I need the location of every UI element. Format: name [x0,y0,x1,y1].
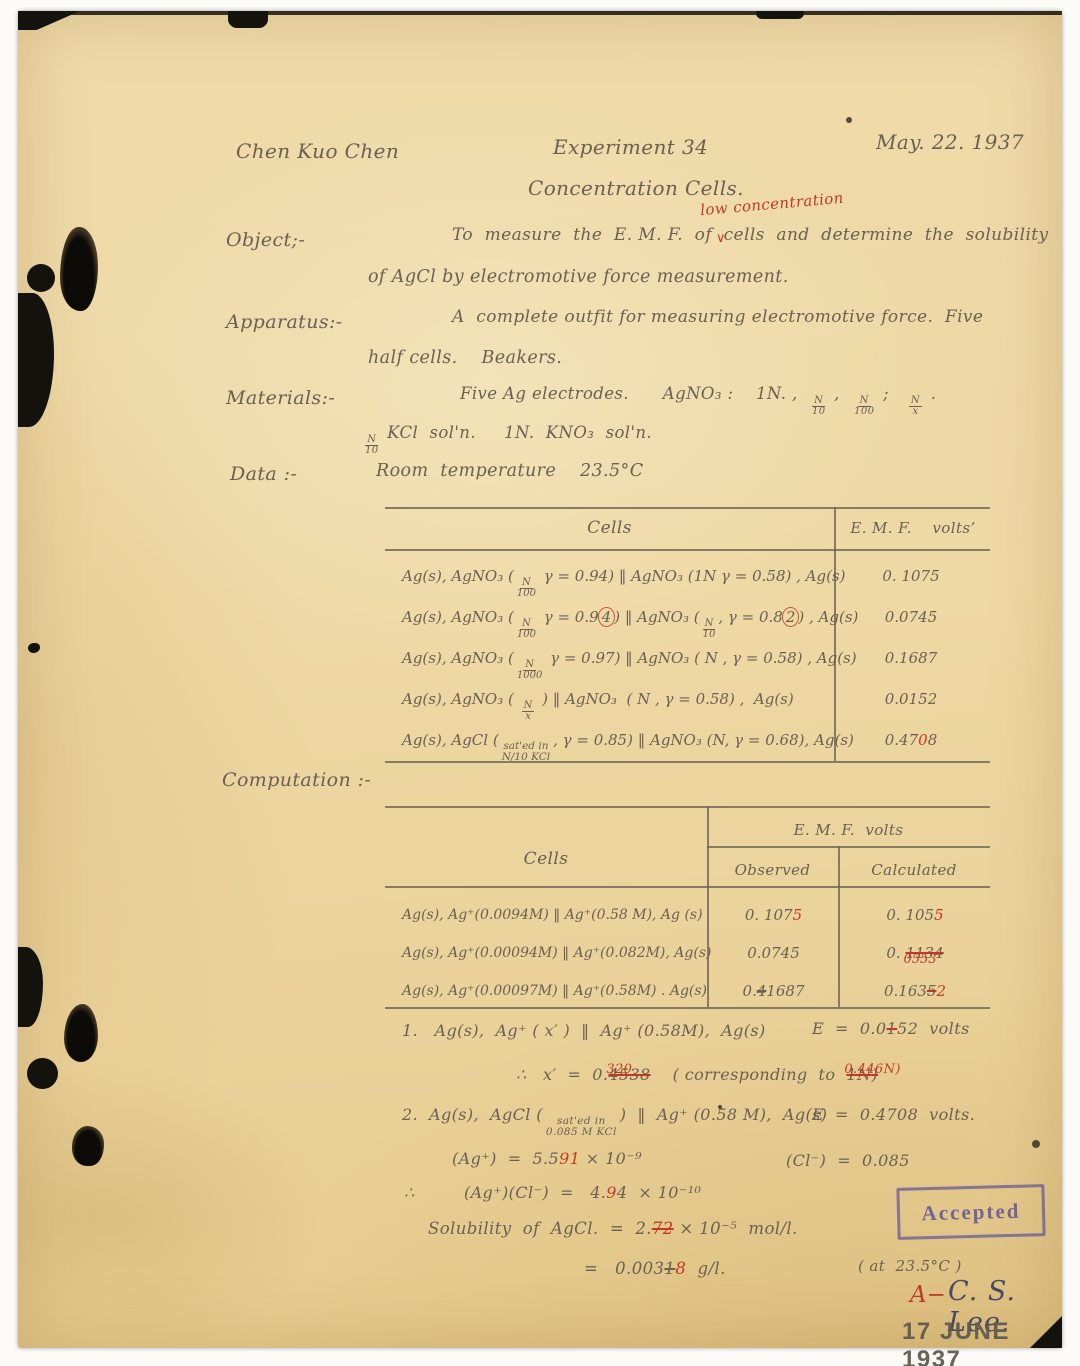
handwritten-text: Ag(s), Ag⁺(0.00094M) ‖ Ag⁺(0.082M), Ag(s… [402,945,711,961]
annotated-text: 1 [664,1259,675,1278]
annotated-text: 5 [793,906,803,924]
table1-row: Ag(s), AgNO₃ (N100 γ = 0.94) ‖ AgNO₃ (N1… [402,597,990,638]
handwritten-text: 1687 [766,982,804,1000]
table2-emf-underline [707,846,990,848]
table2-rows: Ag(s), Ag⁺(0.0094M) ‖ Ag⁺(0.58 M), Ag (s… [402,896,990,1010]
emf-calculated-value: 0. 05531134 [840,934,990,972]
ink-blot [18,293,54,427]
handwritten-text: KCl sol'n. 1N. KNO₃ sol'n. [382,423,653,442]
emf-value: 0. 1075 [834,556,988,597]
emf-observed-value: 0. 1075 [707,896,840,934]
fraction: N100 [517,578,536,599]
annotated-text: 8 [675,1259,686,1278]
page-title: Concentration Cells. [528,177,744,199]
scanned-notebook-page: { "colors":{"paper":"#eed8a4","pencil":"… [0,0,1080,1366]
table2-subheader-observed: Observed [707,862,838,879]
experiment-title: Experiment 34 [553,136,708,158]
handwritten-text: Ag(s), AgNO₃ ( [402,649,514,667]
scan-edge-artifact [756,11,804,19]
handwritten-text: γ = 0.9 [539,608,599,626]
section-label-materials: Materials:- [226,388,335,409]
handwritten-text: 0. 1075 [882,567,939,585]
punch-hole [27,1058,58,1089]
stacked-note: sat'ed in0.085 M KCl [546,1116,617,1137]
handwritten-text: Ag(s), AgNO₃ ( [402,690,519,708]
handwritten-text: = 0.003 [584,1259,664,1278]
table2-header-emf: E. M. F. volts [707,822,990,839]
computation1-emf-value: E = 0.0152 volts [812,1020,970,1038]
fraction: N10 [703,619,716,640]
handwritten-text: Ag(s), AgNO₃ ( [402,608,514,626]
materials-line-2: N10 KCl sol'n. 1N. KNO₃ sol'n. [362,424,652,456]
handwritten-text: Ag(s), AgCl ( [402,731,499,749]
handwritten-text: Ag(s), Ag⁺(0.0094M) ‖ Ag⁺(0.58 M), Ag (s… [402,907,703,923]
ink-blot [18,947,43,1027]
handwritten-text: ) ‖ AgNO₃ ( N , γ = 0.58) , Ag(s) [537,690,793,708]
fraction: Nx [522,701,535,722]
handwritten-text: 4 × 10⁻¹⁰ [617,1183,701,1202]
emf-value: 0.1687 [834,638,988,679]
grade-mark: A− [910,1282,946,1308]
ink-blot [60,227,98,311]
handwritten-text: , [828,384,851,403]
handwritten-text: 0.0745 [747,944,800,962]
table1-row: Ag(s), AgCl (sat'ed inN/10 KCl, γ = 0.85… [402,720,990,761]
handwritten-text: Solubility of AgCl. = 2. [428,1219,652,1238]
object-line-1: To measure the E. M. F. of cells and det… [452,226,1049,245]
emf-value: 0.0745 [834,597,988,638]
notebook-page: Chen Kuo Chen Experiment 34 May. 22. 193… [18,11,1062,1348]
stacked-note: sat'ed inN/10 KCl [502,741,550,762]
handwritten-text: × 10⁻⁵ mol/l. [674,1219,798,1238]
handwritten-text: γ = 0.94) ‖ AgNO₃ (1N γ = 0.58) , Ag(s) [539,567,846,585]
table1-row: Ag(s), AgNO₃ ( Nx ) ‖ AgNO₃ ( N , γ = 0.… [402,679,990,720]
computation2-cell-line: 2. Ag(s), AgCl (sat'ed in0.085 M KCl) ‖ … [402,1106,827,1137]
annotated-text: 9 [606,1183,617,1202]
handwritten-text: 8 [928,731,938,749]
table1-row: Ag(s), AgNO₃ (N1000 γ = 0.97) ‖ AgNO₃ ( … [402,638,990,679]
pencil-fleck [1032,1140,1040,1148]
fraction: N10 [365,435,379,456]
scan-edge-artifact [18,11,80,30]
accepted-stamp: Accepted [896,1184,1045,1240]
handwritten-text: E = 0.0 [812,1019,886,1038]
emf-value: 0.4708 [834,720,988,761]
handwritten-text: ( corresponding to [651,1065,847,1084]
annotated-text: 4 [757,982,767,1000]
object-line-2: of AgCl by electromotive force measureme… [368,268,789,287]
scan-edge-artifact [18,11,1062,15]
header-date: May. 22. 1937 [876,131,1024,153]
handwritten-text: 0.163 [884,982,927,1000]
ink-blot [72,1126,104,1166]
annotated-text: 0 [918,731,928,749]
table2-row: Ag(s), Ag⁺(0.00094M) ‖ Ag⁺(0.082M), Ag(s… [402,934,990,972]
emf-calculated-value: 0. 1055 [840,896,990,934]
handwritten-text: γ = 0.97) ‖ AgNO₃ ( N , γ = 0.58) , Ag(s… [545,649,856,667]
table2-subheader-calculated: Calculated [838,862,990,879]
computation2-cl-concentration: (Cl⁻) = 0.085 [786,1152,910,1170]
handwritten-text: 2. Ag(s), AgCl ( [402,1105,543,1124]
cell-notation: Ag(s), AgCl (sat'ed inN/10 KCl, γ = 0.85… [402,720,832,762]
data-line-1: Room temperature 23.5°C [376,462,644,481]
handwritten-text: , γ = 0.8 [718,608,782,626]
section-label-object: Object;- [226,230,305,251]
handwritten-text: 0. 105 [886,906,934,924]
table2-row: Ag(s), Ag⁺(0.00097M) ‖ Ag⁺(0.58M) . Ag(s… [402,972,990,1010]
table1-header-cells: Cells [385,519,834,538]
scan-edge-artifact [228,11,268,28]
handwritten-text: 0. [742,982,756,1000]
cell-notation: Ag(s), Ag⁺(0.00097M) ‖ Ag⁺(0.58M) . Ag(s… [402,972,707,1010]
handwritten-text: ; [877,384,906,403]
section-label-data: Data :- [230,464,297,485]
handwritten-text: Ag(s), AgNO₃ ( [402,567,514,585]
punch-hole [27,264,55,292]
annotated-text: 4 [598,607,616,627]
handwritten-text: 0. 107 [745,906,793,924]
emf-observed-value: 0.41687 [707,972,840,1010]
handwritten-text: (Cl⁻) = 0.085 [786,1151,910,1170]
annotated-text: 5 [934,906,944,924]
table1-top-rule [385,507,990,509]
handwritten-text: 0.0745 [885,608,938,626]
table1-header-rule [385,549,990,551]
cell-notation: Ag(s), AgNO₃ (N100 γ = 0.94) ‖ AgNO₃ (N1… [402,597,832,640]
annotated-text: 91 [559,1149,580,1168]
annotated-text: 2 [782,607,800,627]
apparatus-line-1: A complete outfit for measuring electrom… [452,308,983,327]
handwritten-text: ) ‖ Ag⁺ (0.58 M), Ag(s) [620,1105,828,1124]
table1-header-emf: E. M. F. volts’ [836,520,990,537]
annotated-text: 72 [652,1219,674,1238]
computation2-solubility-product: ∴ (Ag⁺)(Cl⁻) = 4.94 × 10⁻¹⁰ [404,1184,701,1202]
solubility-gram-line: = 0.00318 g/l. [584,1260,726,1278]
emf-observed-value: 0.0745 [707,934,840,972]
handwritten-text: Five Ag electrodes. AgNO₃ : 1N. , [460,384,809,403]
cell-notation: Ag(s), AgNO₃ ( Nx ) ‖ AgNO₃ ( N , γ = 0.… [402,679,832,722]
fraction: Nx [909,396,922,417]
emf-calculated-value: 0.16352 [840,972,990,1010]
temperature-note: ( at 23.5°C ) [858,1258,962,1275]
table1-row: Ag(s), AgNO₃ (N100 γ = 0.94) ‖ AgNO₃ (1N… [402,556,990,597]
annotated-text: 2 [936,982,946,1000]
handwritten-text: ) ‖ AgNO₃ ( [614,608,699,626]
table2-row: Ag(s), Ag⁺(0.0094M) ‖ Ag⁺(0.58 M), Ag (s… [402,896,990,934]
fraction: N100 [517,619,536,640]
handwritten-text: (Ag⁺) = 5.5 [452,1149,559,1168]
student-name: Chen Kuo Chen [236,140,399,162]
handwritten-text: 0.1687 [885,649,938,667]
cell-notation: Ag(s), AgNO₃ (N1000 γ = 0.97) ‖ AgNO₃ ( … [402,638,832,681]
handwritten-text: 1. Ag(s), Ag⁺ ( x′ ) ‖ Ag⁺ (0.58M), Ag(s… [402,1021,766,1040]
date-stamp: 17 JUNE 1937 [902,1318,1062,1366]
cell-notation: Ag(s), AgNO₃ (N100 γ = 0.94) ‖ AgNO₃ (1N… [402,556,832,599]
computation2-ag-concentration: (Ag⁺) = 5.591 × 10⁻⁹ [452,1150,642,1168]
section-label-apparatus: Apparatus:- [226,312,343,333]
annotated-text: 1 [886,1019,897,1038]
cell-notation: Ag(s), Ag⁺(0.0094M) ‖ Ag⁺(0.58 M), Ag (s… [402,896,707,934]
section-label-computation: Computation :- [222,770,371,791]
handwritten-text: × 10⁻⁹ [580,1149,642,1168]
handwritten-text: 52 volts [897,1019,970,1038]
handwritten-text: , γ = 0.85) ‖ AgNO₃ (N, γ = 0.68), Ag(s) [553,731,854,749]
materials-line-1: Five Ag electrodes. AgNO₃ : 1N. , N10 , … [460,385,936,417]
pencil-fleck [846,117,852,123]
table2-header-cells: Cells [385,850,707,869]
table2-top-rule [385,806,990,808]
computation2-emf-value: E = 0.4708 volts. [812,1106,975,1124]
fraction: N10 [812,396,826,417]
handwritten-text: Ag(s), Ag⁺(0.00097M) ‖ Ag⁺(0.58M) . Ag(s… [402,983,707,999]
computation1-cell-line: 1. Ag(s), Ag⁺ ( x′ ) ‖ Ag⁺ (0.58M), Ag(s… [402,1022,766,1040]
table2-header-rule [385,886,990,888]
handwritten-text: 0.0152 [885,690,938,708]
fraction: N1000 [517,660,542,681]
table1-rows: Ag(s), AgNO₃ (N100 γ = 0.94) ‖ AgNO₃ (1N… [402,556,990,761]
emf-value: 0.0152 [834,679,988,720]
handwritten-text: ( at 23.5°C ) [858,1257,962,1275]
handwritten-text: . [925,384,936,403]
fraction: N100 [854,396,874,417]
apparatus-line-2: half cells. Beakers. [368,349,562,368]
cell-notation: Ag(s), Ag⁺(0.00094M) ‖ Ag⁺(0.082M), Ag(s… [402,934,707,972]
handwritten-text: ∴ (Ag⁺)(Cl⁻) = 4. [404,1183,606,1202]
handwritten-text: E = 0.4708 volts. [812,1105,975,1124]
ink-spot [28,643,40,653]
handwritten-text: g/l. [686,1259,726,1278]
computation1-result-line: ∴ x′ = 0.3204538 ( corresponding to 0.44… [516,1066,878,1084]
handwritten-text: 0.47 [885,731,918,749]
solubility-mol-line: Solubility of AgCl. = 2.72 × 10⁻⁵ mol/l. [428,1220,798,1238]
handwritten-text: ∴ x′ = 0. [516,1065,608,1084]
ink-blot [64,1004,98,1062]
